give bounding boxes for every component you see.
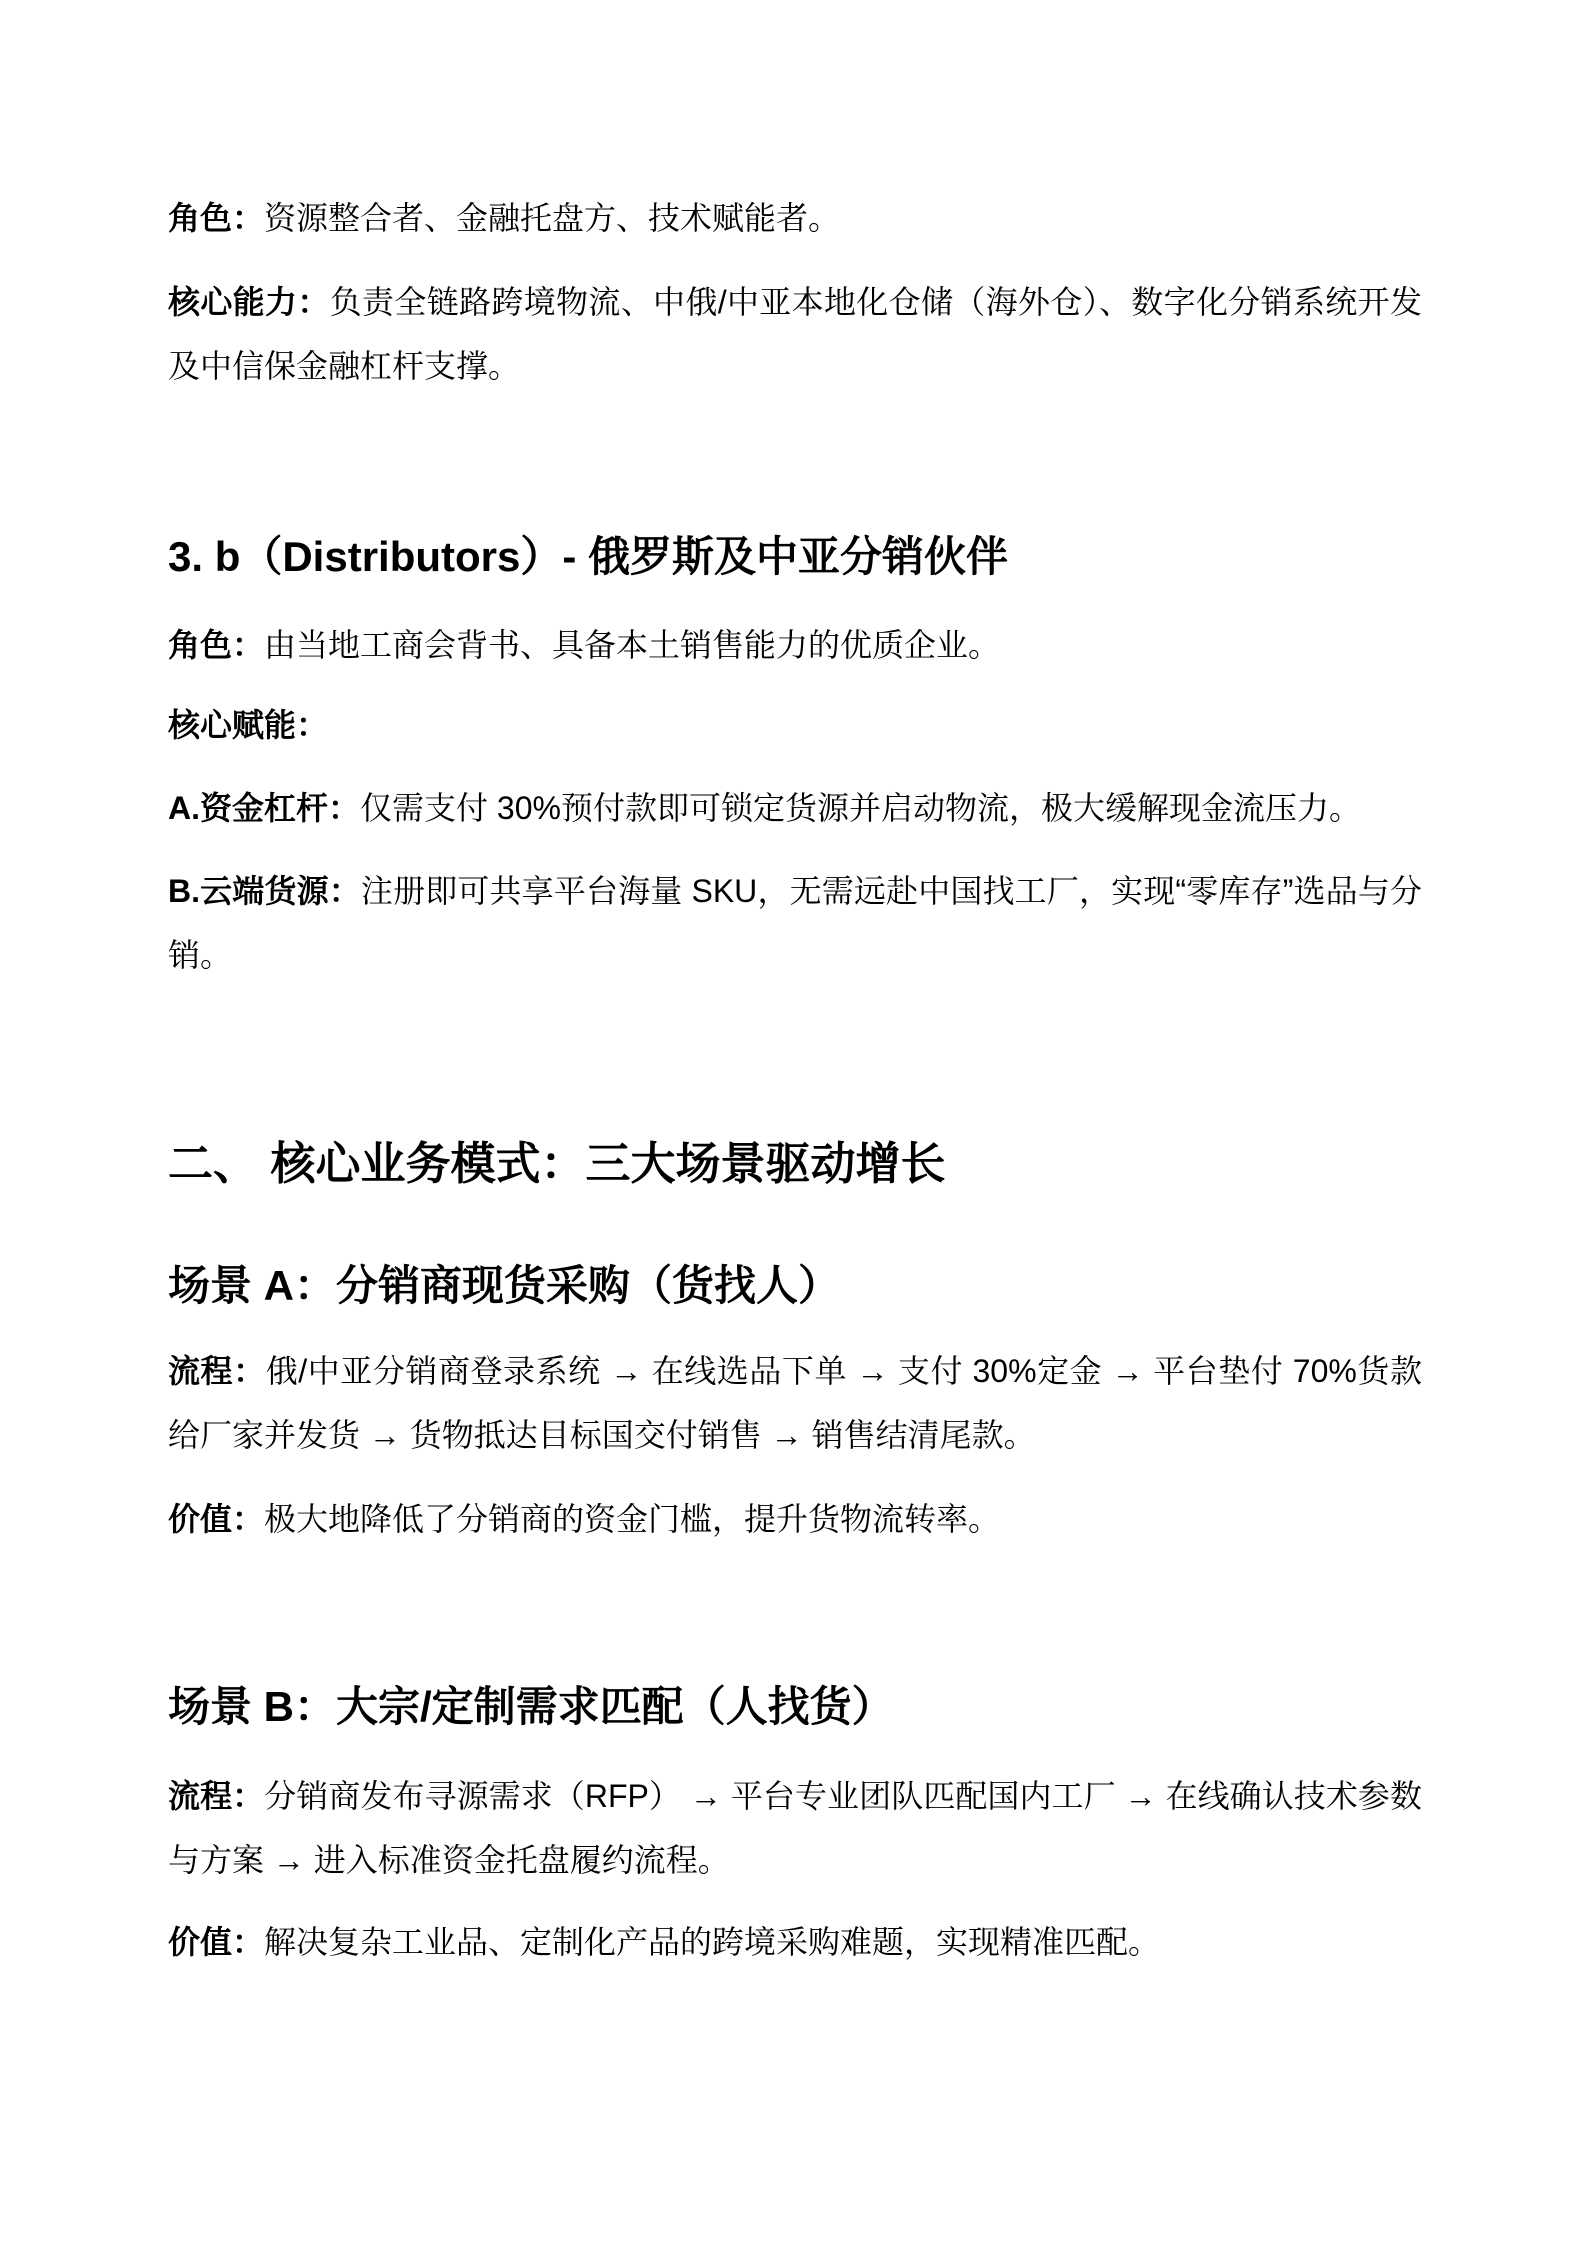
paragraph-label: 流程： [168,1778,264,1814]
paragraph-scene-b-value: 价值：解决复杂工业品、定制化产品的跨境采购难题，实现精准匹配。 [168,1910,1422,1974]
paragraph-text: 分销商发布寻源需求（RFP） → 平台专业团队匹配国内工厂 → 在线确认技术参数… [168,1778,1422,1878]
paragraph-capital-leverage: A.资金杠杆：仅需支付 30%预付款即可锁定货源并启动物流，极大缓解现金流压力。 [168,776,1422,840]
paragraph-text: 由当地工商会背书、具备本土销售能力的优质企业。 [264,627,1000,663]
paragraph-label: 流程： [168,1353,266,1389]
paragraph-label: 核心赋能： [168,707,328,743]
paragraph-text: 仅需支付 30%预付款即可锁定货源并启动物流，极大缓解现金流压力。 [360,790,1361,826]
paragraph-role-distributors: 角色：由当地工商会背书、具备本土销售能力的优质企业。 [168,613,1422,677]
paragraph-label: 角色： [168,627,264,663]
paragraph-core-empowerment: 核心赋能： [168,693,1422,757]
heading-scene-b: 场景 B：大宗/定制需求匹配（人找货） [168,1675,1422,1739]
paragraph-cloud-supply: B.云端货源：注册即可共享平台海量 SKU，无需远赴中国找工厂，实现“零库存”选… [168,859,1422,987]
paragraph-scene-b-process: 流程：分销商发布寻源需求（RFP） → 平台专业团队匹配国内工厂 → 在线确认技… [168,1764,1422,1892]
paragraph-label: 角色： [168,200,264,236]
paragraph-role-platform: 角色：资源整合者、金融托盘方、技术赋能者。 [168,186,1422,250]
paragraph-scene-a-process: 流程：俄/中亚分销商登录系统 → 在线选品下单 → 支付 30%定金 → 平台垫… [168,1339,1422,1467]
paragraph-core-capability: 核心能力：负责全链路跨境物流、中俄/中亚本地化仓储（海外仓）、数字化分销系统开发… [168,270,1422,398]
heading-3b-distributors: 3. b（Distributors）- 俄罗斯及中亚分销伙伴 [168,525,1422,589]
paragraph-label: 核心能力： [168,284,330,320]
paragraph-text: 极大地降低了分销商的资金门槛，提升货物流转率。 [264,1501,1000,1537]
paragraph-text: 解决复杂工业品、定制化产品的跨境采购难题，实现精准匹配。 [264,1924,1160,1960]
document-page: 角色：资源整合者、金融托盘方、技术赋能者。 核心能力：负责全链路跨境物流、中俄/… [0,0,1587,2245]
paragraph-label: 价值： [168,1501,264,1537]
paragraph-scene-a-value: 价值：极大地降低了分销商的资金门槛，提升货物流转率。 [168,1487,1422,1551]
paragraph-text: 负责全链路跨境物流、中俄/中亚本地化仓储（海外仓）、数字化分销系统开发及中信保金… [168,284,1422,384]
paragraph-text: 俄/中亚分销商登录系统 → 在线选品下单 → 支付 30%定金 → 平台垫付 7… [168,1353,1422,1453]
paragraph-label: 价值： [168,1924,264,1960]
heading-section-2-business-model: 二、 核心业务模式：三大场景驱动增长 [168,1129,1422,1199]
paragraph-label: B.云端货源： [168,873,361,909]
paragraph-text: 资源整合者、金融托盘方、技术赋能者。 [264,200,840,236]
heading-scene-a: 场景 A：分销商现货采购（货找人） [168,1254,1422,1318]
paragraph-label: A.资金杠杆： [168,790,360,826]
